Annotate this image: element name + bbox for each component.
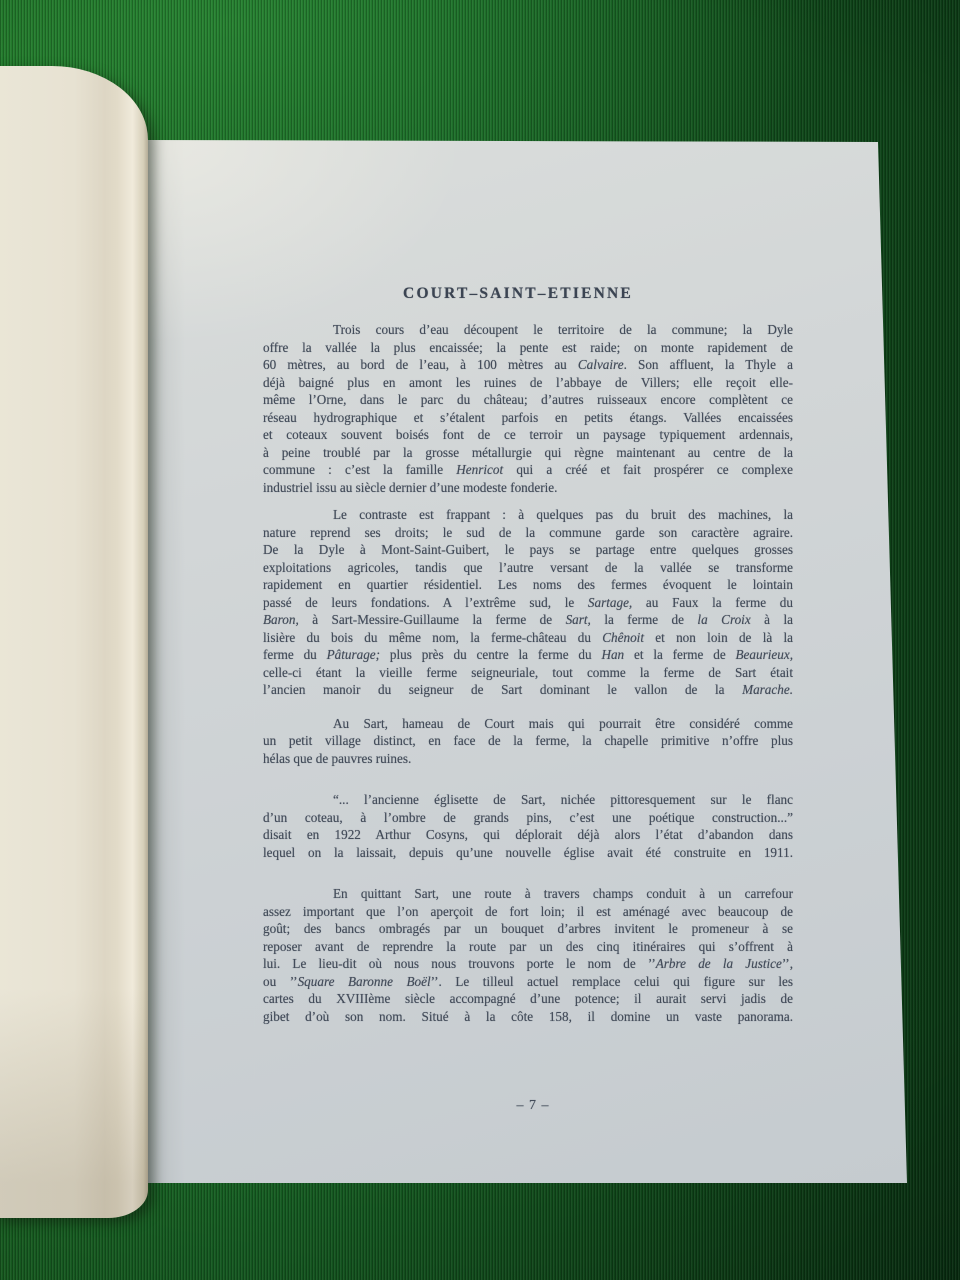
- book-left-page-curled: [0, 66, 148, 1218]
- text-line: et coteaux souvent boisés font de ce ter…: [263, 426, 793, 444]
- page-paragraphs: Trois cours d’eau découpent le territoir…: [263, 321, 793, 1025]
- text-line: déjà baigné plus en amont les ruines de …: [263, 374, 793, 392]
- text-line: lisière du bois du même nom, la ferme-ch…: [263, 629, 793, 647]
- paragraph-p5: En quittant Sart, une route à travers ch…: [263, 885, 793, 1025]
- paragraph-p3: Au Sart, hameau de Court mais qui pourra…: [263, 715, 793, 768]
- text-line: goût; des bancs ombragés par un bouquet …: [263, 920, 793, 938]
- paragraph-p1: Trois cours d’eau découpent le territoir…: [263, 321, 793, 496]
- text-line: lui. Le lieu-dit où nous nous trouvons p…: [263, 955, 793, 973]
- text-line: Trois cours d’eau découpent le territoir…: [263, 321, 793, 339]
- text-line: En quittant Sart, une route à travers ch…: [263, 885, 793, 903]
- text-line: gibet d’où son nom. Situé à la côte 158,…: [263, 1008, 793, 1026]
- text-line: “... l’ancienne églisette de Sart, niché…: [263, 791, 793, 809]
- text-line: ferme du Pâturage; plus près du centre l…: [263, 646, 793, 664]
- text-line: 60 mètres, au bord de l’eau, à 100 mètre…: [263, 356, 793, 374]
- text-line: réseau hydrographique et s’étalent parfo…: [263, 409, 793, 427]
- text-line: disait en 1922 Arthur Cosyns, qui déplor…: [263, 826, 793, 844]
- text-line: industriel issu au siècle dernier d’une …: [263, 479, 793, 497]
- text-line: Au Sart, hameau de Court mais qui pourra…: [263, 715, 793, 733]
- text-line: De la Dyle à Mont-Saint-Guibert, le pays…: [263, 541, 793, 559]
- text-line: Baron, à Sart-Messire-Guillaume la ferme…: [263, 611, 793, 629]
- paragraph-p4: “... l’ancienne églisette de Sart, niché…: [263, 791, 793, 861]
- text-line: même l’Orne, dans le parc du château; d’…: [263, 391, 793, 409]
- text-line: offre la vallée la plus encaissée; la pe…: [263, 339, 793, 357]
- text-line: à peine troublé par la grosse métallurgi…: [263, 444, 793, 462]
- text-line: un petit village distinct, en face de la…: [263, 732, 793, 750]
- text-line: hélas que de pauvres ruines.: [263, 750, 793, 768]
- text-line: passé de leurs fondations. A l’extrême s…: [263, 594, 793, 612]
- text-line: d’un coteau, à l’ombre de grands pins, c…: [263, 809, 793, 827]
- text-line: l’ancien manoir du seigneur de Sart domi…: [263, 681, 793, 699]
- text-line: commune : c’est la famille Henricot qui …: [263, 461, 793, 479]
- page-number: – 7 –: [268, 1098, 798, 1114]
- text-line: nature reprend ses droits; le sud de la …: [263, 524, 793, 542]
- text-line: cartes du XVIIIème siècle accompagné d’u…: [263, 990, 793, 1008]
- paragraph-p2: Le contraste est frappant : à quelques p…: [263, 506, 793, 699]
- text-line: rapidement en quartier résidentiel. Les …: [263, 576, 793, 594]
- page-title: COURT–SAINT–ETIENNE: [253, 286, 783, 302]
- book-photo: COURT–SAINT–ETIENNE Trois cours d’eau dé…: [0, 0, 960, 1280]
- text-line: celle-ci étant la vieille ferme seigneur…: [263, 664, 793, 682]
- page-content: COURT–SAINT–ETIENNE Trois cours d’eau dé…: [263, 0, 793, 1280]
- text-line: reposer avant de reprendre la route par …: [263, 938, 793, 956]
- text-line: Le contraste est frappant : à quelques p…: [263, 506, 793, 524]
- text-line: ou ’’Square Baronne Boël’’. Le tilleul a…: [263, 973, 793, 991]
- text-line: lequel on la laissait, depuis qu’une nou…: [263, 844, 793, 862]
- text-line: assez important que l’on aperçoit de for…: [263, 903, 793, 921]
- text-line: exploitations agricoles, tandis que l’au…: [263, 559, 793, 577]
